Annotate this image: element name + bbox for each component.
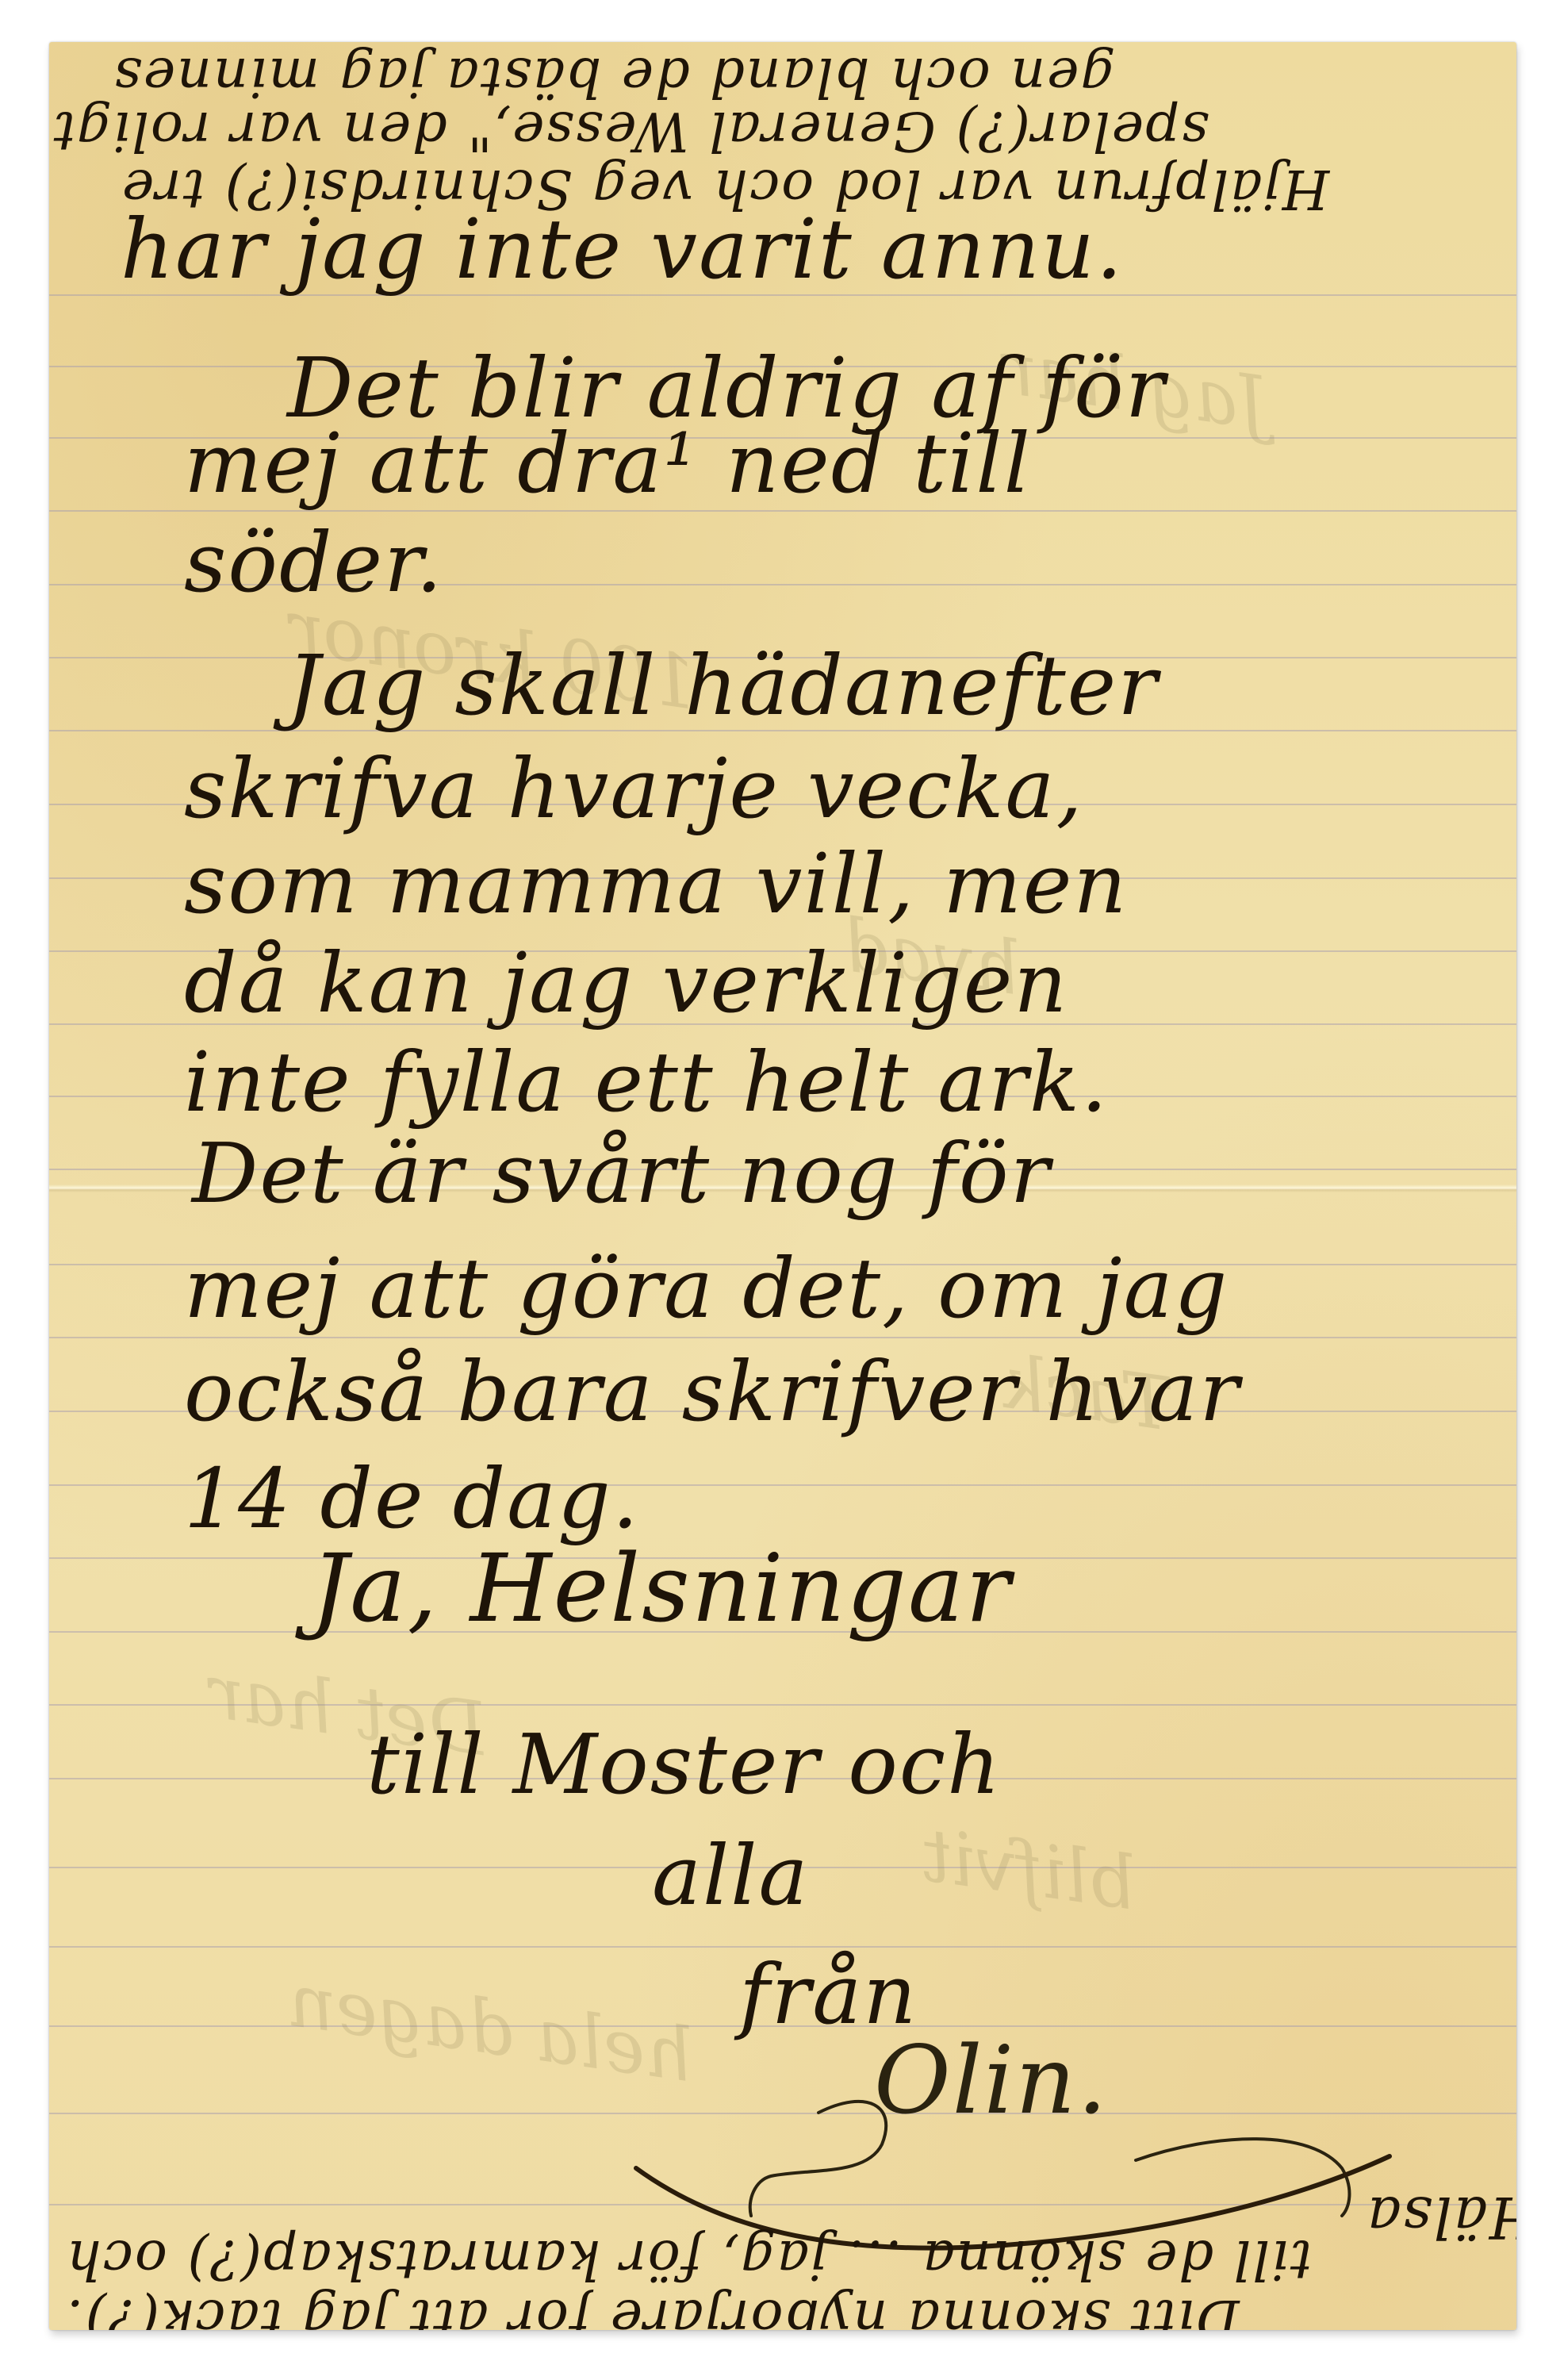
body-line-6: skrifva hvarje vecka,: [184, 740, 1084, 837]
body-line-12: också bara skrifver hvar: [184, 1343, 1240, 1440]
body-line-3: mej att dra¹ ned till: [184, 415, 1032, 512]
body-line-4: söder.: [184, 514, 443, 611]
bottom-inverted-line-1: Hälsa: [1366, 2184, 1516, 2251]
ruled-line: [49, 2113, 1516, 2114]
body-line-10: Det är svårt nog för: [192, 1125, 1051, 1222]
show-through-text: hela dagen: [283, 1958, 698, 2098]
body-line-11: mej att göra det, om jag: [184, 1240, 1229, 1337]
body-line-5: Jag skall hädanefter: [287, 637, 1159, 734]
bottom-inverted-line-2: till de skönna ... jag, för kamratskap(?…: [65, 2228, 1312, 2290]
ruled-line: [49, 2204, 1516, 2205]
show-through-text: blifvit: [917, 1813, 1140, 1927]
bottom-inverted-line-3: Ditt skönna nybörjare för att jag tack(?…: [65, 2287, 1240, 2330]
letter-page: Jag har 100 kronor hvad Tack Det har bli…: [49, 42, 1516, 2330]
ruled-line: [49, 1704, 1516, 1706]
closing-to-line-2: alla: [652, 1827, 810, 1924]
closing-to-line: till Moster och: [366, 1716, 1002, 1813]
top-inverted-line-2: spelar(?) General Wesse," den var roligt…: [49, 99, 1209, 162]
body-line-8: då kan jag verkligen: [184, 935, 1068, 1031]
body-line-9: inte fylla ett helt ark.: [184, 1034, 1109, 1130]
body-line-1: har jag inte varit annu.: [121, 201, 1124, 297]
closing-greeting: Ja, Helsningar: [311, 1534, 1012, 1643]
body-line-7: som mamma vill, men: [184, 835, 1128, 932]
ruled-line: [49, 1337, 1516, 1338]
body-line-13: 14 de dag.: [184, 1450, 640, 1547]
signature: Olin.: [874, 2025, 1109, 2135]
